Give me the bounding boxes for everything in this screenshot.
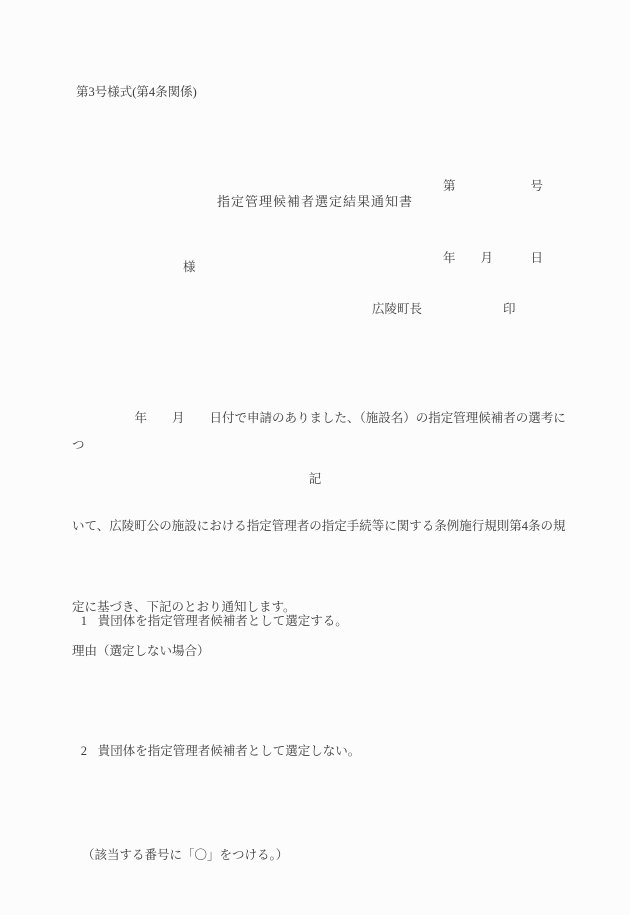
reason-label: 理由（選定しない場合） [72,641,210,659]
option-text: 貴団体を指定管理者候補者として選定しない。 [89,744,361,758]
date-line: 年 月 日 [443,246,543,270]
document-page: 第3号様式(第4条関係) 第 号 年 月 日 指定管理候補者選定結果通知書 様 … [0,0,630,915]
seal-mark: 印 [503,299,516,317]
option-row: 2貴団体を指定管理者候補者として選定しない。 [62,712,360,790]
addressee-honorific: 様 [183,257,196,275]
document-title: 指定管理候補者選定結果通知書 [0,191,630,210]
selection-options: 1貴団体を指定管理者候補者として選定する。 2貴団体を指定管理者候補者として選定… [62,530,360,915]
options-note: （該当する番号に「〇」をつける。） [62,842,360,868]
option-text: 貴団体を指定管理者候補者として選定する。 [89,614,348,628]
option-number: 2 [81,738,89,764]
option-number: 1 [81,608,89,634]
sender-title: 広陵町長 [372,299,422,317]
document-header-block: 第 号 年 月 日 [443,126,543,318]
sender-line: 広陵町長 印 [0,299,630,315]
body-line: 年 月 日付で申請のありました、（施設名）の指定管理候補者の選考につ [72,405,572,459]
form-number: 第3号様式(第4条関係) [76,82,197,100]
ki-marker: 記 [0,469,630,487]
